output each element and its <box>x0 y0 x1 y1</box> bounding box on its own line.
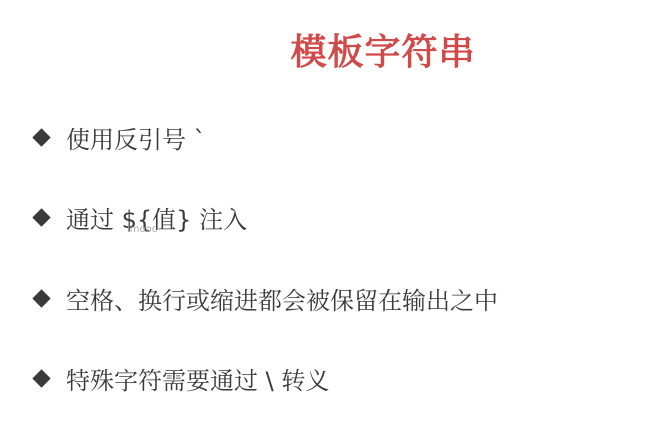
diamond-bullet-icon <box>32 208 50 226</box>
bullet-item: 空格、换行或缩进都会被保留在输出之中 <box>32 281 498 316</box>
diamond-bullet-icon <box>32 289 50 307</box>
diamond-bullet-icon <box>32 128 50 146</box>
bullet-text: 空格、换行或缩进都会被保留在输出之中 <box>66 281 498 316</box>
slide-title: 模板字符串 <box>0 24 649 75</box>
bullet-text: 特殊字符需要通过 \ 转义 <box>66 361 329 396</box>
watermark: imooc <box>127 224 157 235</box>
bullet-text: 使用反引号 ` <box>66 120 206 155</box>
diamond-bullet-icon <box>32 369 50 387</box>
bullet-item: 特殊字符需要通过 \ 转义 <box>32 361 329 396</box>
bullet-item: 使用反引号 ` <box>32 120 206 155</box>
